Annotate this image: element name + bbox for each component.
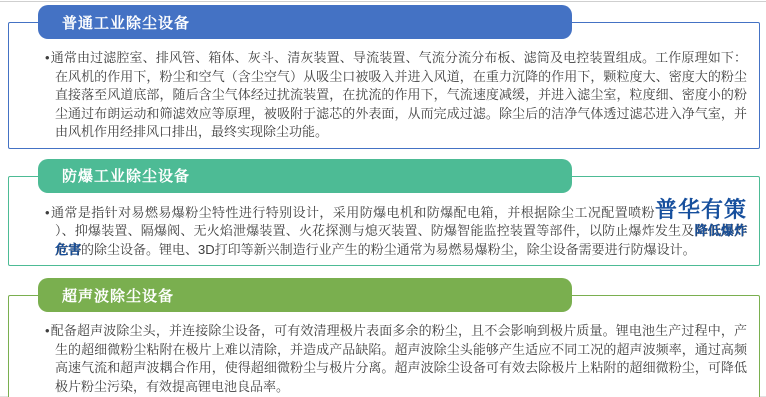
document-page: 普通工业除尘设备 •通常由过滤腔室、排风管、箱体、灰斗、清灰装置、导流装置、气流… — [0, 0, 766, 397]
section-body-box: •通常由过滤腔室、排风管、箱体、灰斗、清灰装置、导流装置、气流分流分布板、滤筒及… — [8, 22, 760, 149]
section-header-ordinary: 普通工业除尘设备 — [38, 5, 572, 39]
section-paragraph: •通常是指针对易燃易爆粉尘特性进行特别设计，采用防爆电机和防爆配电箱，并根据除尘… — [45, 203, 747, 260]
section-title: 防爆工业除尘设备 — [62, 165, 190, 186]
section-ultrasonic-dust-equipment: 超声波除尘设备 •配备超声波除尘头，并连接除尘设备，可有效清理极片表面多余的粉尘… — [0, 278, 766, 397]
bullet-marker: • — [45, 205, 50, 220]
section-title: 超声波除尘设备 — [62, 285, 174, 306]
paragraph-text: ）、抑爆装置、隔爆阀、无火焰泄爆装置、火花探测与熄灭装置、防爆智能监控装置等部件… — [55, 223, 694, 238]
section-explosionproof-dust-equipment: 防爆工业除尘设备 •通常是指针对易燃易爆粉尘特性进行特别设计，采用防爆电机和防爆… — [0, 159, 766, 267]
bullet-marker: • — [45, 323, 50, 338]
paragraph-text: 配备超声波除尘头，并连接除尘设备，可有效清理极片表面多余的粉尘，且不会影响到极片… — [51, 323, 747, 394]
section-ordinary-dust-equipment: 普通工业除尘设备 •通常由过滤腔室、排风管、箱体、灰斗、清灰装置、导流装置、气流… — [0, 5, 766, 149]
section-title: 普通工业除尘设备 — [62, 12, 190, 33]
paragraph-text: 通常是指针对易燃易爆粉尘特性进行特别设计，采用防爆电机和防爆配电箱，并根据除尘工… — [51, 205, 655, 220]
paragraph-text: 的除尘设备。锂电、3D打印等新兴制造行业产生的粉尘通常为易燃易爆粉尘，除尘设备需… — [81, 242, 696, 257]
section-header-ultrasonic: 超声波除尘设备 — [38, 278, 572, 312]
section-header-explosionproof: 防爆工业除尘设备 — [38, 159, 572, 193]
paragraph-text: 通常由过滤腔室、排风管、箱体、灰斗、清灰装置、导流装置、气流分流分布板、滤筒及电… — [51, 50, 747, 139]
section-paragraph: •通常由过滤腔室、排风管、箱体、灰斗、清灰装置、导流装置、气流分流分布板、滤筒及… — [45, 49, 747, 142]
section-paragraph: •配备超声波除尘头，并连接除尘设备，可有效清理极片表面多余的粉尘，且不会影响到极… — [45, 322, 747, 396]
brand-watermark: 普华有策 — [655, 203, 747, 216]
bullet-marker: • — [45, 50, 50, 65]
page-top-divider — [0, 1, 766, 2]
